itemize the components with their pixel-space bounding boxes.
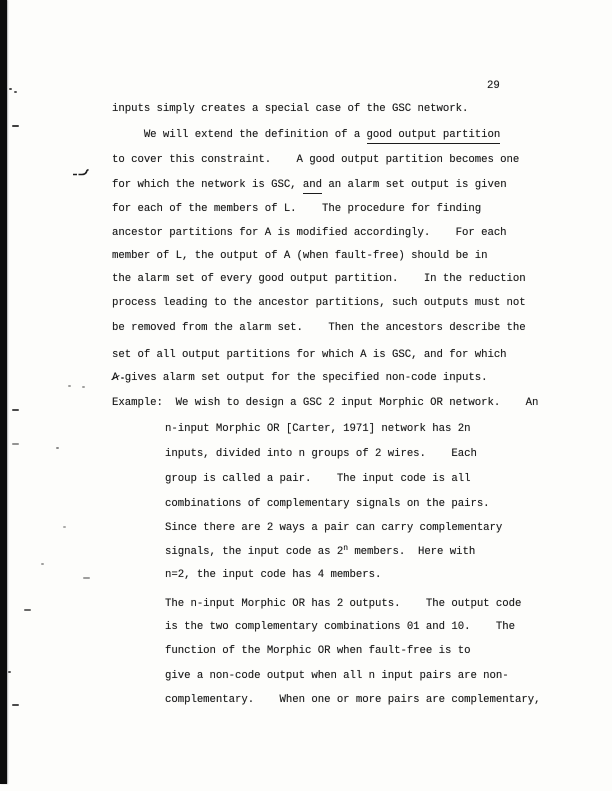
scan-speck	[83, 577, 90, 579]
text-segment: member of L, the output of A (when fault…	[112, 250, 487, 262]
text-line: We will extend the definition of a good …	[112, 129, 500, 142]
struck-character: A	[112, 372, 118, 385]
text-line: function of the Morphic OR when fault-fr…	[165, 645, 470, 658]
text-segment: set of all output partitions for which A…	[112, 349, 507, 361]
text-line: signals, the input code as 2n members. H…	[165, 546, 475, 559]
text-segment: Since there are 2 ways a pair can carry …	[165, 522, 502, 534]
text-segment: combinations of complementary signals on…	[165, 498, 490, 510]
text-line: for which the network is GSC, and an ala…	[112, 179, 507, 192]
text-segment: process leading to the ancestor partitio…	[112, 297, 526, 309]
text-line: give a non-code output when all n input …	[165, 670, 509, 683]
text-segment: the alarm set of every good output parti…	[112, 273, 526, 285]
scan-gutter-bar	[0, 0, 7, 784]
text-line: Since there are 2 ways a pair can carry …	[165, 522, 502, 535]
text-segment: group is called a pair. The input code i…	[165, 473, 470, 485]
superscript-text: n	[343, 542, 348, 555]
text-segment: n-input Morphic OR [Carter, 1971] networ…	[165, 423, 470, 435]
scan-speck	[63, 526, 66, 528]
text-line: set of all output partitions for which A…	[112, 349, 507, 362]
text-line: Example: We wish to design a GSC 2 input…	[112, 397, 538, 410]
text-line: n=2, the input code has 4 members.	[165, 569, 381, 582]
page-number: 29	[487, 80, 500, 92]
text-segment: We will extend the definition of a	[112, 129, 367, 141]
text-segment: for each of the members of L. The proced…	[112, 203, 481, 215]
text-line: be removed from the alarm set. Then the …	[112, 322, 526, 335]
text-segment: signals, the input code as 2	[165, 546, 343, 558]
text-segment: for which the network is GSC,	[112, 179, 303, 191]
text-line: The n-input Morphic OR has 2 outputs. Th…	[165, 598, 521, 611]
text-line: inputs simply creates a special case of …	[112, 103, 468, 116]
document-page: 29 inputs simply creates a special case …	[0, 0, 612, 791]
text-segment: Example: We wish to design a GSC 2 input…	[112, 397, 538, 409]
text-line: to cover this constraint. A good output …	[112, 154, 519, 167]
text-segment: complementary. When one or more pairs ar…	[165, 694, 540, 706]
scan-speck	[14, 91, 17, 93]
text-line: combinations of complementary signals on…	[165, 498, 490, 511]
text-line: the alarm set of every good output parti…	[112, 273, 526, 286]
text-segment: inputs simply creates a special case of …	[112, 103, 468, 115]
handwritten-margin-mark	[72, 168, 90, 178]
text-segment: be removed from the alarm set. Then the …	[112, 322, 526, 334]
scan-speck	[68, 385, 71, 387]
scan-speck	[12, 704, 19, 706]
text-line: process leading to the ancestor partitio…	[112, 297, 526, 310]
text-line: complementary. When one or more pairs ar…	[165, 694, 540, 707]
text-line: member of L, the output of A (when fault…	[112, 250, 487, 263]
text-segment: to cover this constraint. A good output …	[112, 154, 519, 166]
scan-speck	[41, 563, 44, 565]
text-segment: The n-input Morphic OR has 2 outputs. Th…	[165, 598, 521, 610]
scan-speck	[24, 609, 31, 611]
text-segment: gives alarm set output for the specified…	[118, 372, 487, 384]
scan-speck	[12, 443, 19, 445]
text-line: group is called a pair. The input code i…	[165, 473, 470, 486]
text-segment: function of the Morphic OR when fault-fr…	[165, 645, 470, 657]
text-line: inputs, divided into n groups of 2 wires…	[165, 448, 477, 461]
scan-speck	[56, 447, 59, 449]
text-line: n-input Morphic OR [Carter, 1971] networ…	[165, 423, 470, 436]
underlined-text: and	[303, 179, 322, 194]
text-line: is the two complementary combinations 01…	[165, 621, 515, 634]
text-segment: members. Here with	[348, 546, 475, 558]
text-line: for each of the members of L. The proced…	[112, 203, 481, 216]
text-segment: an alarm set output is given	[322, 179, 507, 191]
text-line: A gives alarm set output for the specifi…	[112, 372, 487, 385]
text-segment: is the two complementary combinations 01…	[165, 621, 515, 633]
underlined-text: good output partition	[367, 129, 501, 144]
scan-speck	[82, 386, 85, 388]
scan-speck	[12, 409, 19, 411]
text-segment: inputs, divided into n groups of 2 wires…	[165, 448, 477, 460]
text-segment: ancestor partitions for A is modified ac…	[112, 227, 507, 239]
scan-speck	[9, 88, 12, 90]
scan-speck	[12, 125, 19, 127]
text-segment: give a non-code output when all n input …	[165, 670, 509, 682]
scan-speck	[8, 671, 11, 673]
text-line: ancestor partitions for A is modified ac…	[112, 227, 507, 240]
text-segment: n=2, the input code has 4 members.	[165, 569, 381, 581]
